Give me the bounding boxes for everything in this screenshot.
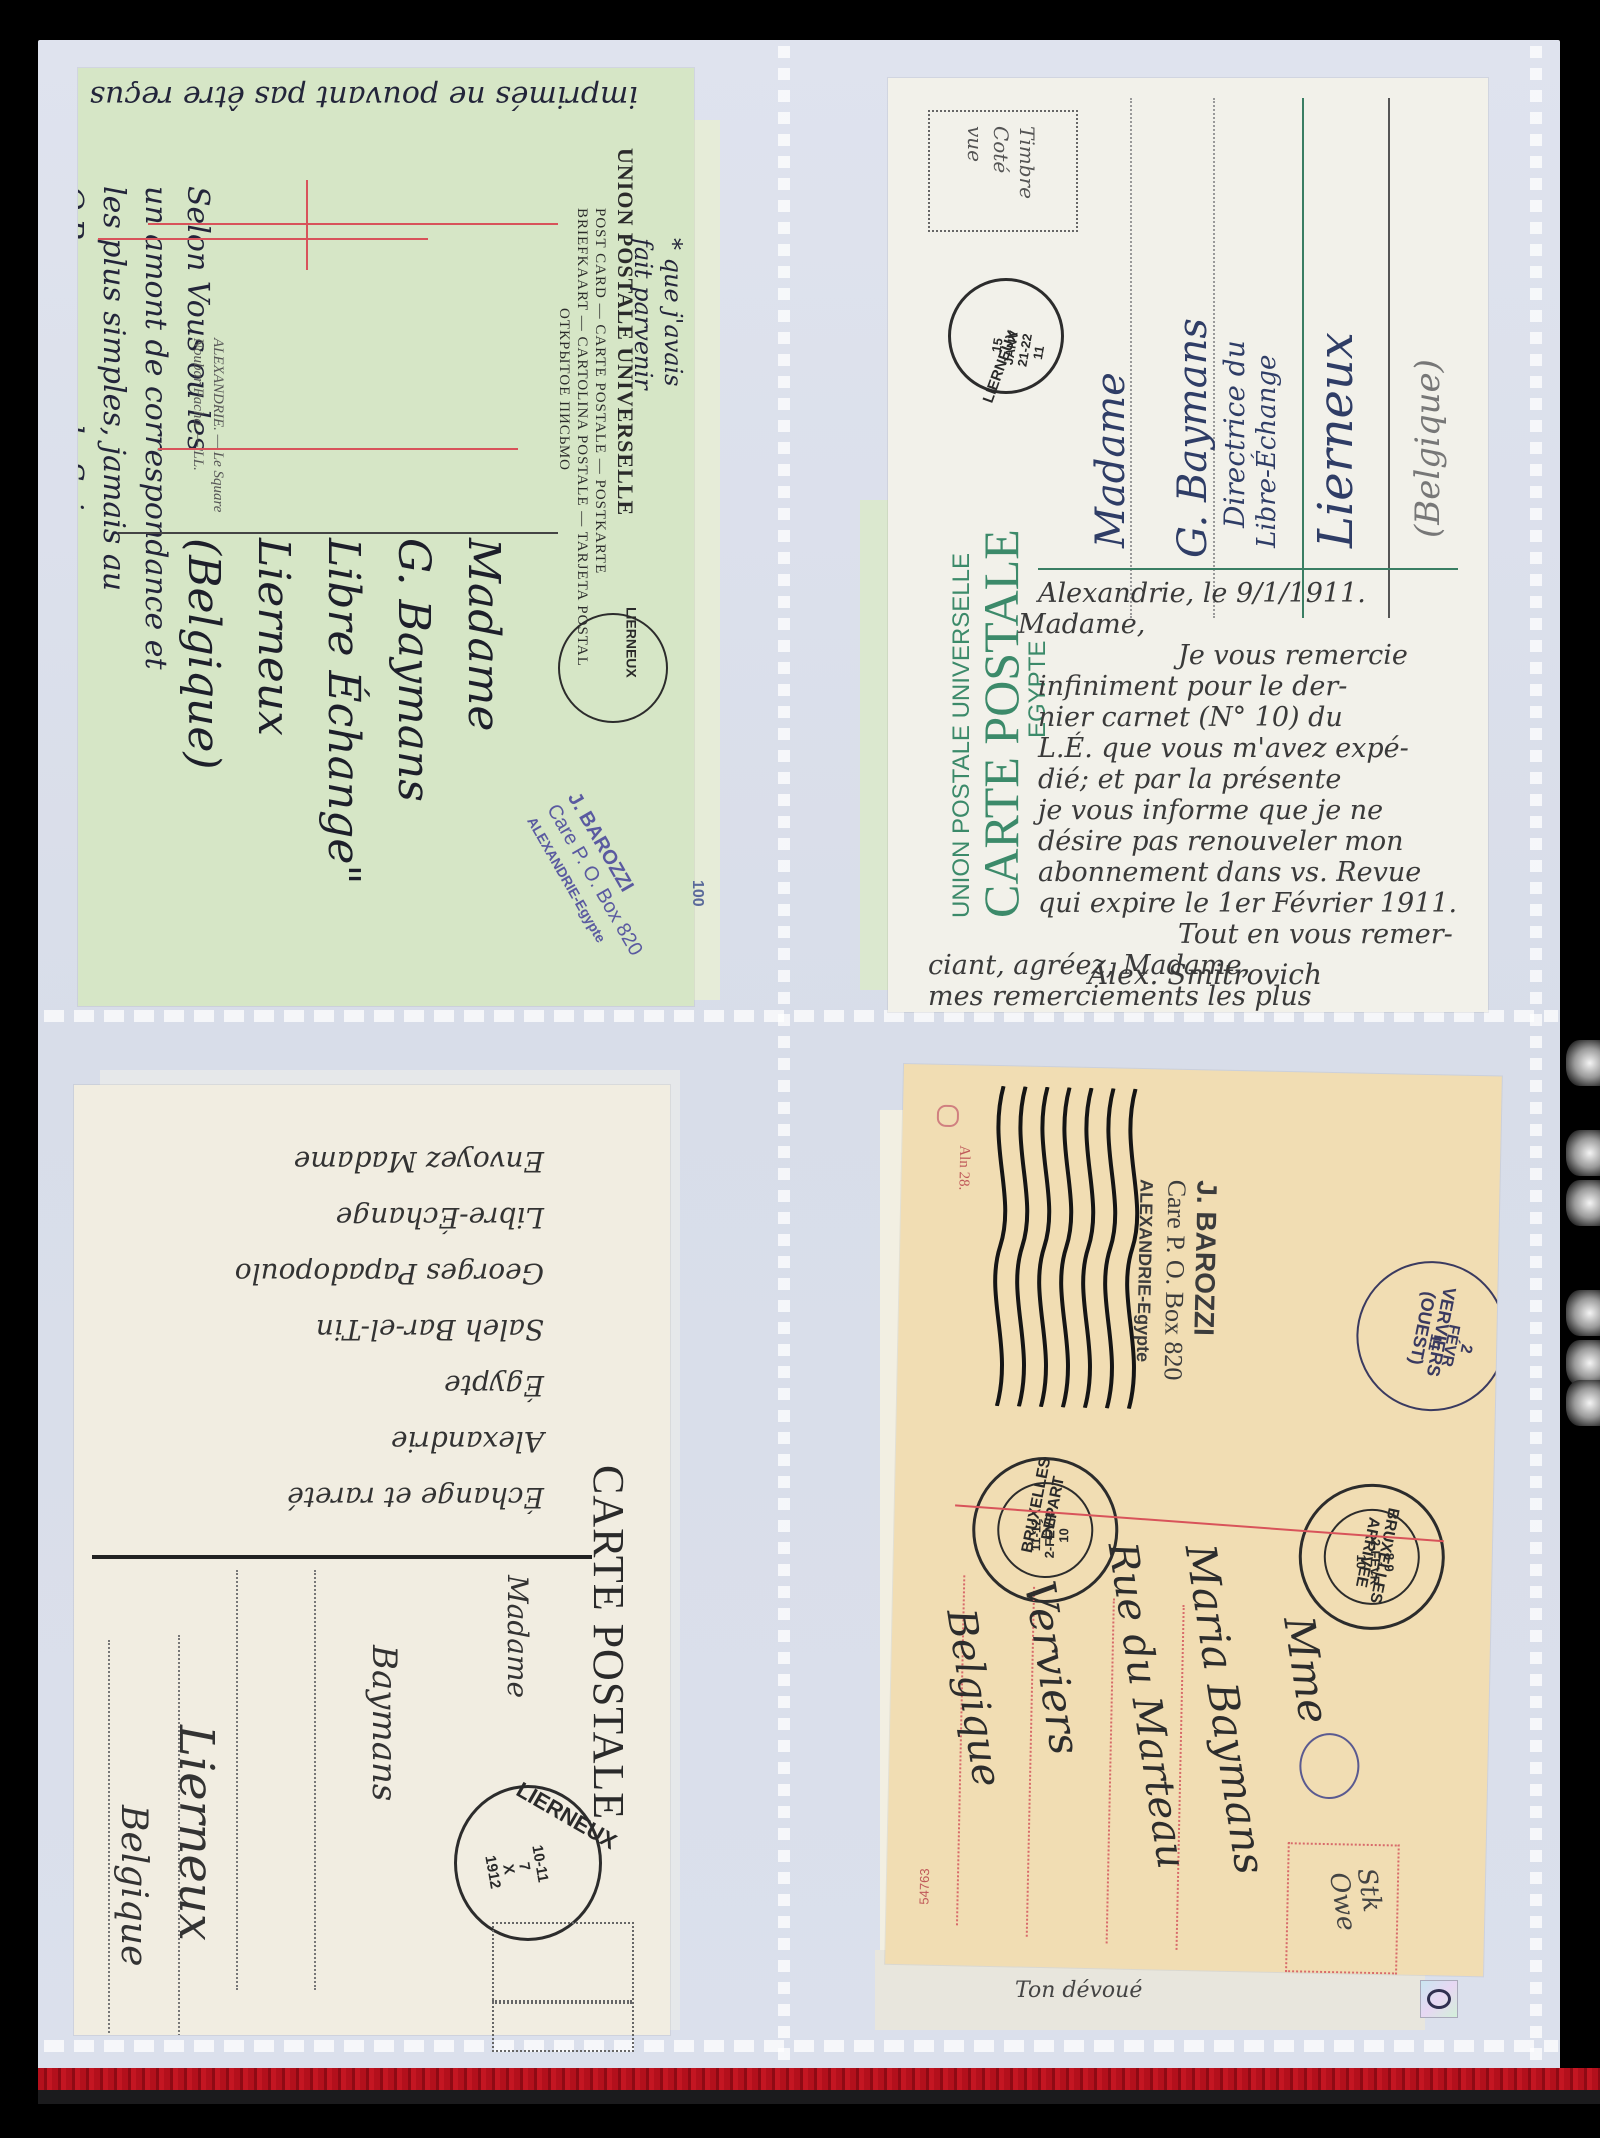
address-guide	[1388, 98, 1390, 618]
postcard-top-left[interactable]: imprimés ne pouvant pas être reçus relat…	[78, 68, 694, 1006]
address-line: Verviers	[1015, 1577, 1090, 1757]
postcard-bottom-right[interactable]: Aln 28. J. BAROZZI Care P. O. Box 820 AL…	[885, 1064, 1502, 1976]
address-line: Maria Baymans	[1176, 1541, 1275, 1878]
divider-line	[92, 1555, 592, 1559]
binder-ring-icon	[1566, 1040, 1600, 1086]
printer-mark: Aln 28.	[954, 1145, 972, 1190]
postmark-lierneux: LIERNEUX 15 JANV 21-22 11	[948, 278, 1064, 394]
message-handwriting: imprimés ne pouvant pas être reçus relat…	[90, 68, 638, 118]
binder-ring-icon	[1566, 1290, 1600, 1336]
address-guide	[1106, 1598, 1115, 1943]
divider-line	[1038, 568, 1458, 570]
address-line: (Belgique)	[1408, 359, 1448, 538]
postmark-lierneux: LIERNEUX 10-11 7 X 1912	[454, 1785, 602, 1941]
stamp-box-note: Timbre Coté vue	[962, 126, 1040, 199]
stamp-box: Stk Owe	[1285, 1842, 1400, 1974]
ink-mark	[1299, 1732, 1360, 1799]
red-underline	[98, 238, 428, 240]
publisher-logo-icon	[937, 1105, 959, 1127]
stamp-box: Timbre Coté vue	[928, 110, 1078, 232]
binder-ring-icon	[1566, 1380, 1600, 1426]
binder-cover-edge	[38, 2068, 1600, 2090]
red-underline	[306, 180, 308, 270]
divider-line	[118, 532, 558, 534]
address-line: G. Baymans	[1170, 318, 1216, 558]
pocket-seam-vertical	[778, 40, 790, 2080]
address-line: Libre-Échange	[1252, 355, 1282, 548]
postmark-verviers: VERVIERS (OUEST) 2 FÉVR 11	[1355, 1260, 1502, 1413]
red-underline	[148, 223, 558, 225]
address-line: Lierneux	[1308, 332, 1364, 548]
recipient-address: Madame G. Baymans Libre Échange" Lierneu…	[168, 538, 518, 885]
stamp-box	[492, 1922, 634, 2052]
address-line: Lierneux	[168, 1725, 224, 1941]
postmark-bruxelles-arrivee: BRUXELLES ARRIVÉE 8-9 2-FÉVR 10	[1297, 1482, 1446, 1631]
binder-cover-shadow	[38, 2090, 1600, 2104]
address-line: Directrice du	[1218, 340, 1251, 528]
card-header-line: BRIEFKAART — CARTOLINA POSTALE — TARJETA…	[573, 208, 590, 667]
address-guide	[236, 1570, 238, 1990]
stamp-box-note: Stk Owe	[1324, 1866, 1388, 1933]
binder-ring-icon	[1566, 1130, 1600, 1176]
signature: Alex. Smitrovich	[1088, 958, 1322, 991]
postcard-top-right[interactable]: Timbre Coté vue UNION POSTALE UNIVERSELL…	[888, 78, 1488, 1012]
photo-caption: ALEXANDRIE. — Le Square Noubar Pacha. — …	[188, 338, 228, 512]
card-header-line: POST CARD — CARTE POSTALE — POSTKARTE	[591, 208, 608, 574]
postscript-note: * que j'avais fait parvenir	[628, 238, 688, 390]
hologram-sticker-icon	[1420, 1980, 1458, 2018]
address-guide-green	[1302, 98, 1304, 618]
serial-number: 54763	[916, 1868, 932, 1904]
dealer-stamp-barozzi: J. BAROZZI Care P. O. Box 820 ALEXANDRIE…	[1127, 1179, 1221, 1382]
card-header-line: ОТКРЫТОЕ ПИСЬМО	[555, 308, 572, 471]
postmark-lierneux: LIERNEUX	[558, 613, 668, 723]
dealer-stamp-barozzi: J. BAROZZI Care P. O. Box 820 ALEXANDRIE…	[521, 788, 669, 972]
pocket-seam-right	[1530, 40, 1542, 2080]
side-tag-number: 100	[688, 880, 706, 907]
address-line: Madame	[1088, 372, 1134, 548]
address-line: Madame	[501, 1575, 534, 1698]
postcard-bottom-left[interactable]: Échange et rareté Alexandrie Égypte Sale…	[74, 1085, 670, 2035]
address-guide	[108, 1640, 110, 2035]
message-handwriting: Alexandrie, le 9/1/1911. Madame, Je vous…	[928, 578, 1488, 1012]
binder-ring-icon	[1566, 1180, 1600, 1226]
message-handwriting: Échange et rareté Alexandrie Égypte Sale…	[235, 1133, 544, 1525]
address-line: Mme	[1274, 1613, 1339, 1727]
address-line: Belgique	[937, 1606, 1010, 1790]
card-header-main: CARTE POSTALE	[583, 1465, 634, 1820]
pocket-seam-bottom	[38, 2040, 1558, 2052]
underlying-note: Ton dévoué	[1015, 1978, 1142, 2003]
address-guide	[314, 1570, 316, 1990]
address-line: Baymans	[364, 1645, 404, 1801]
address-line: Belgique	[113, 1805, 154, 1966]
